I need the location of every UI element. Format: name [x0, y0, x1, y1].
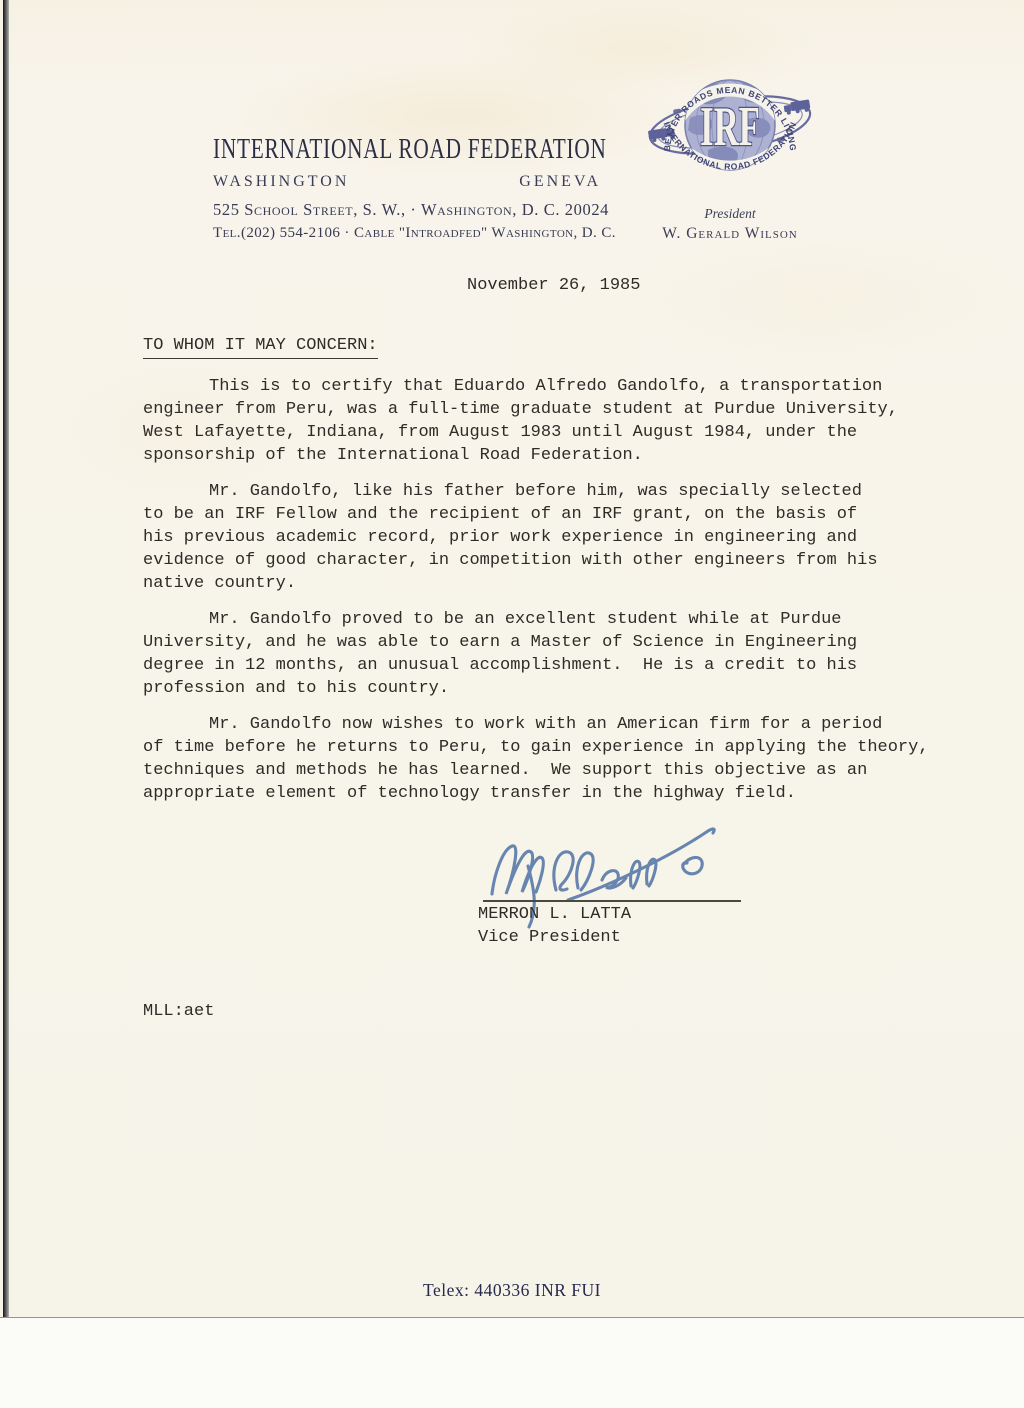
date-line: November 26, 1985: [467, 276, 640, 295]
signature-line: [483, 900, 741, 902]
president-title: President: [646, 206, 814, 222]
paper-bottom-edge: [0, 1317, 1024, 1408]
president-block: President W. Gerald Wilson: [646, 206, 814, 243]
letterhead: INTERNATIONAL ROAD FEDERATION WASHINGTON…: [213, 134, 601, 242]
telex-line: Telex: 440336 INR FUI: [0, 1280, 1024, 1301]
address-line: 525 School Street, S. W., · Washington, …: [213, 200, 601, 220]
office-row: WASHINGTON GENEVA: [213, 173, 601, 191]
letter-body: TO WHOM IT MAY CONCERN: This is to certi…: [143, 334, 943, 805]
signer-block: MERRON L. LATTA Vice President: [478, 903, 631, 949]
paragraph-3: Mr. Gandolfo proved to be an excellent s…: [143, 608, 943, 700]
tel-cable-line: Tel.(202) 554-2106 · Cable "Introadfed" …: [213, 225, 601, 242]
office-geneva: GENEVA: [519, 173, 601, 191]
logo-monogram: IRF: [700, 96, 760, 159]
paragraph-4: Mr. Gandolfo now wishes to work with an …: [143, 713, 943, 805]
irf-globe-logo-icon: BETTER ROADS MEAN BETTER LIVING INTERNAT…: [646, 66, 814, 196]
signer-name: MERRON L. LATTA: [478, 903, 631, 926]
typist-reference: MLL:aet: [143, 1002, 214, 1021]
president-name: W. Gerald Wilson: [646, 225, 814, 243]
paragraph-1: This is to certify that Eduardo Alfredo …: [143, 375, 943, 467]
office-washington: WASHINGTON: [213, 173, 349, 191]
salutation: TO WHOM IT MAY CONCERN:: [143, 334, 378, 359]
signer-title: Vice President: [478, 926, 631, 949]
org-name: INTERNATIONAL ROAD FEDERATION: [213, 134, 607, 166]
scan-edge-strip: [3, 0, 9, 1408]
paragraph-2: Mr. Gandolfo, like his father before him…: [143, 480, 943, 595]
scanned-letter-page: INTERNATIONAL ROAD FEDERATION WASHINGTON…: [0, 0, 1024, 1408]
